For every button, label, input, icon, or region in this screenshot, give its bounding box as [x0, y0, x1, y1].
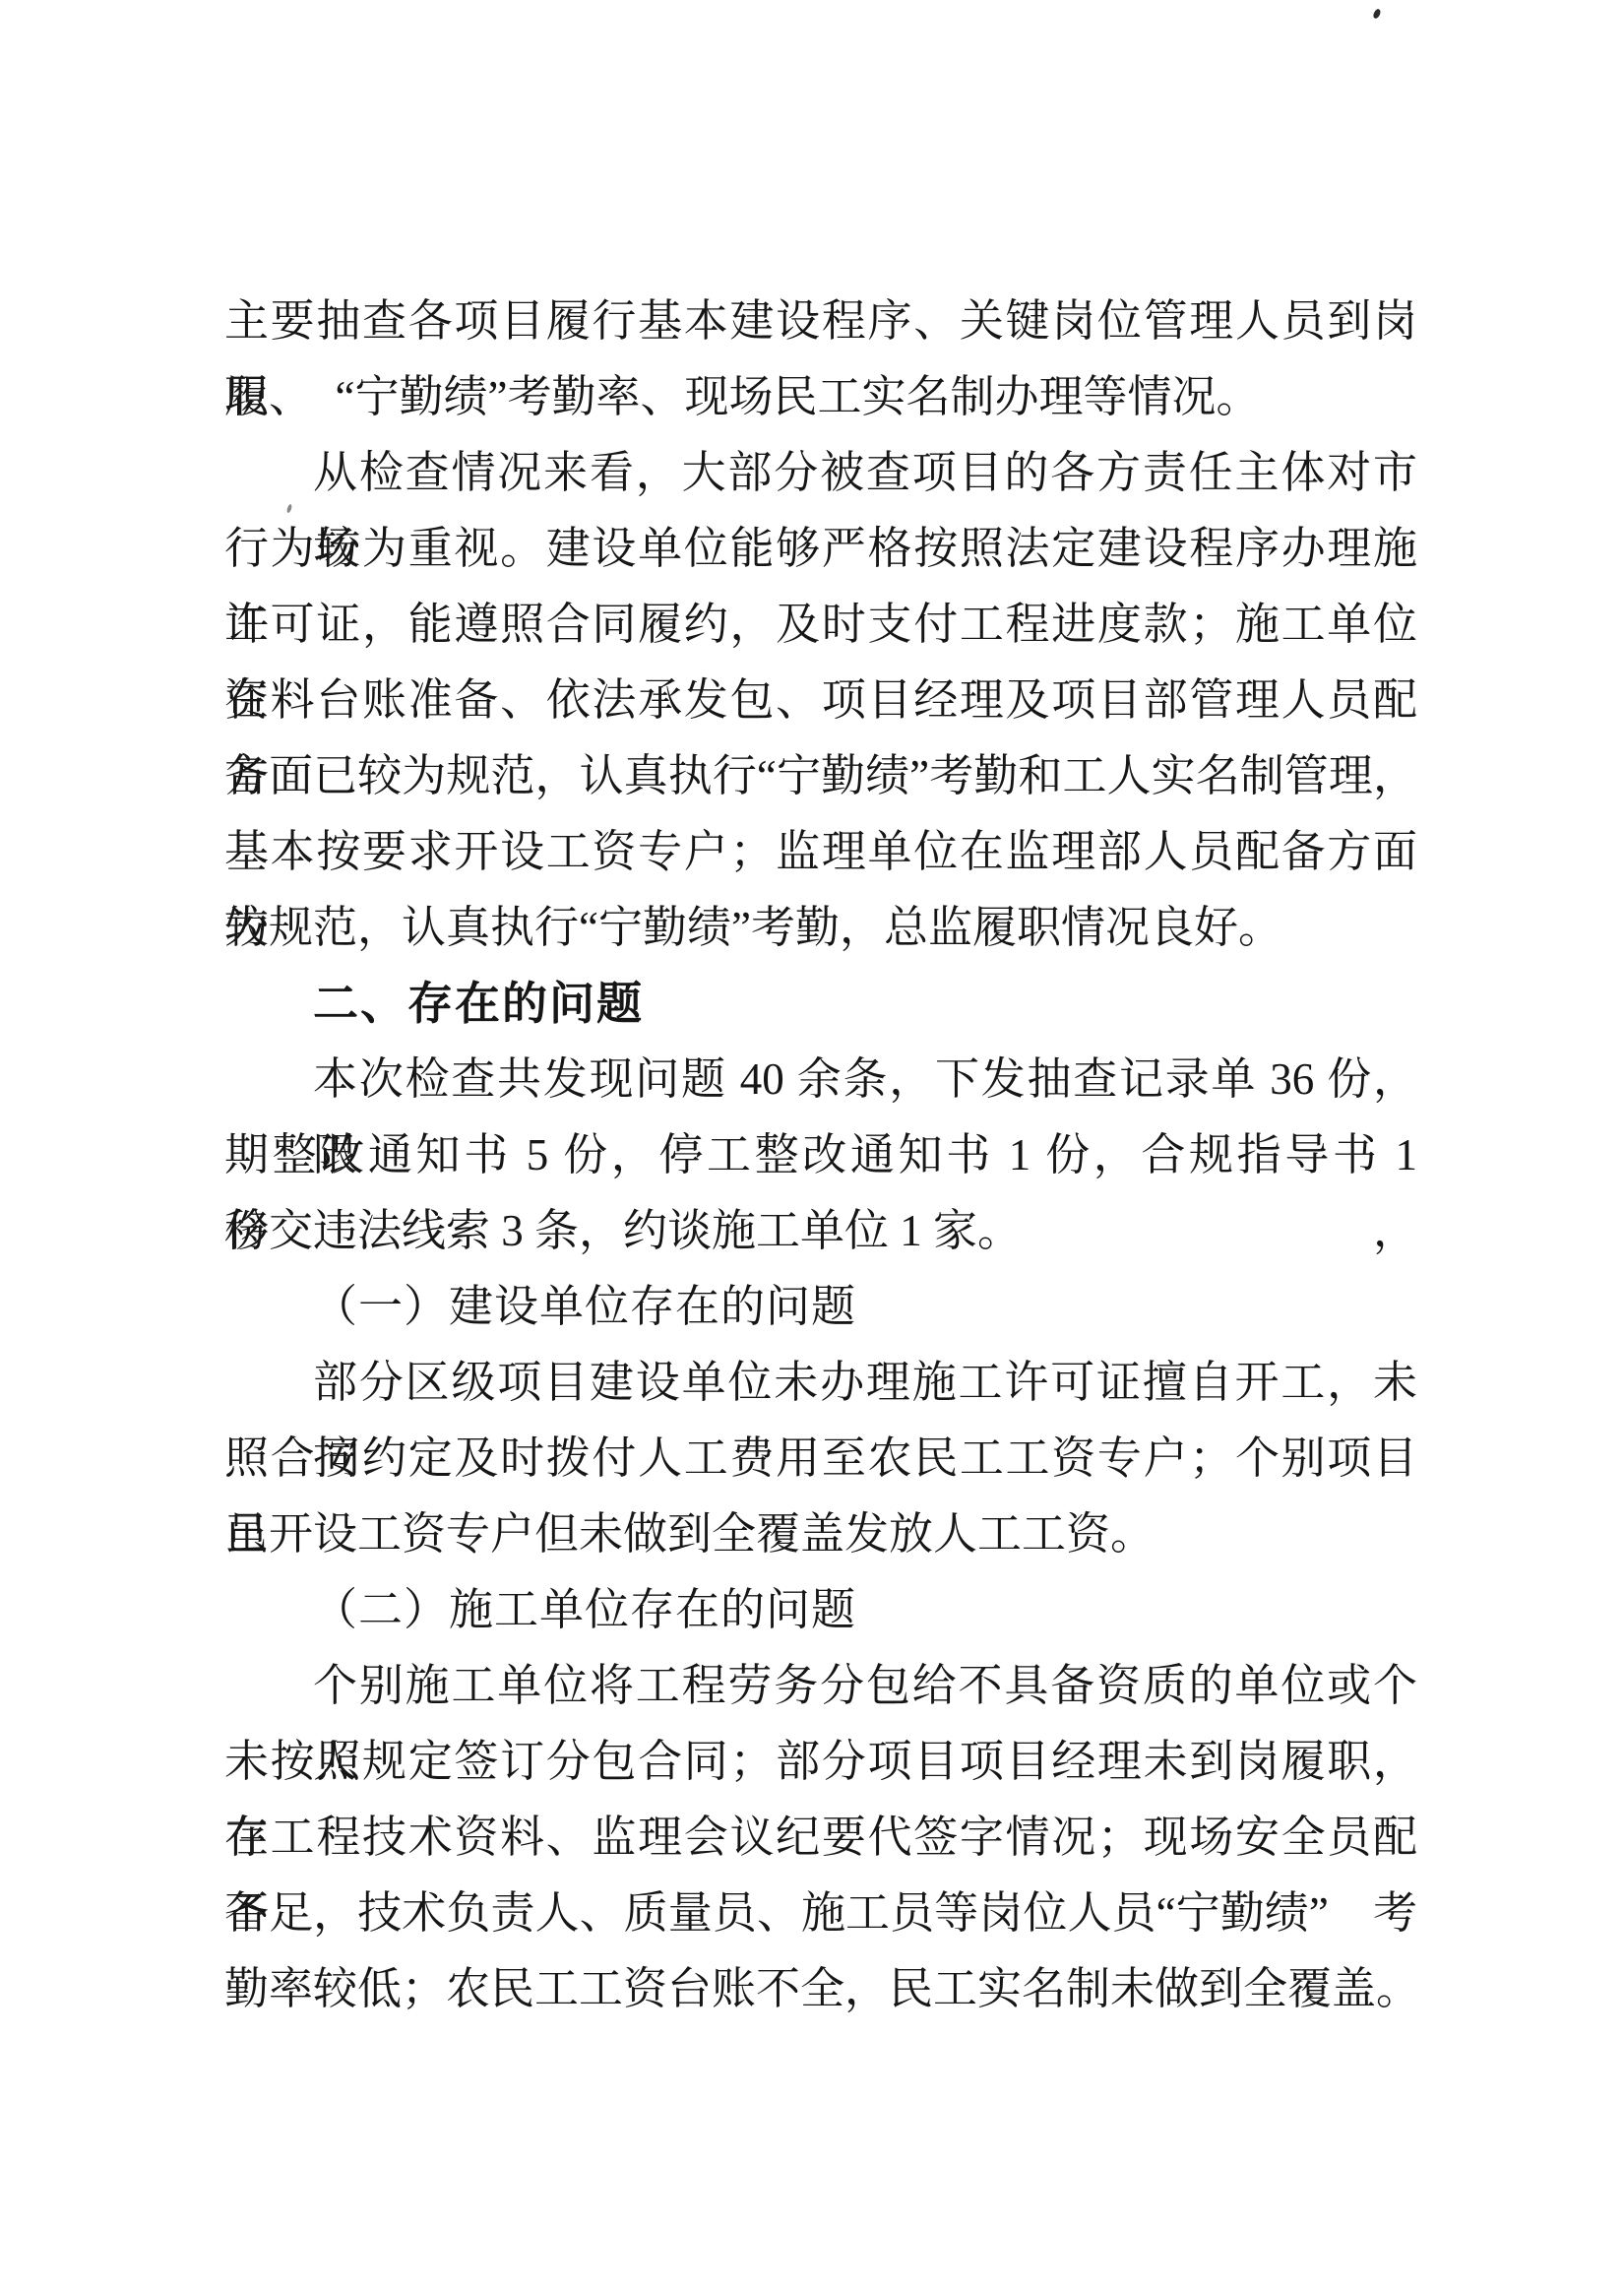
text-line: 方面已较为规范，认真执行“宁勤绩”考勤和工人实名制管理， — [224, 738, 1417, 814]
text-line: 基本按要求开设工资专户；监理单位在监理部人员配备方面较 — [224, 814, 1417, 890]
subsection-heading: （二）施工单位存在的问题 — [224, 1572, 1417, 1648]
text-line: 照合同约定及时拨付人工费用至农民工工资专户；个别项目虽 — [224, 1421, 1417, 1496]
text-line: 为规范，认真执行“宁勤绩”考勤，总监履职情况良好。 — [224, 890, 1417, 966]
document-page: 主要抽查各项目履行基本建设程序、关键岗位管理人员到岗履 职、 “宁勤绩”考勤率、… — [0, 0, 1624, 2292]
document-text-block: 主要抽查各项目履行基本建设程序、关键岗位管理人员到岗履 职、 “宁勤绩”考勤率、… — [224, 284, 1417, 2027]
text-line: 资料台账准备、依法承发包、项目经理及项目部管理人员配备 — [224, 663, 1417, 738]
text-line: 不足，技术负责人、质量员、施工员等岗位人员“宁勤绩” 考 — [224, 1876, 1417, 1951]
text-line: 本次检查共发现问题 40 余条，下发抽查记录单 36 份，限 — [224, 1042, 1417, 1117]
section-heading: 二、存在的问题 — [224, 966, 1417, 1042]
text-line: 已开设工资专户但未做到全覆盖发放人工工资。 — [224, 1496, 1417, 1572]
text-line: 期整改通知书 5 份，停工整改通知书 1 份，合规指导书 1 份， — [224, 1117, 1417, 1193]
text-line: 在工程技术资料、监理会议纪要代签字情况；现场安全员配备 — [224, 1800, 1417, 1876]
text-line: 许可证，能遵照合同履约，及时支付工程进度款；施工单位在 — [224, 587, 1417, 663]
text-line: 勤率较低；农民工工资台账不全，民工实名制未做到全覆盖。 — [224, 1951, 1417, 2027]
text-line: 未按照规定签订分包合同；部分项目项目经理未到岗履职，存 — [224, 1724, 1417, 1800]
text-line: 主要抽查各项目履行基本建设程序、关键岗位管理人员到岗履 — [224, 284, 1417, 359]
text-line: 职、 “宁勤绩”考勤率、现场民工实名制办理等情况。 — [224, 359, 1417, 435]
text-line: 个别施工单位将工程劳务分包给不具备资质的单位或个人， — [224, 1648, 1417, 1724]
text-line: 行为较为重视。建设单位能够严格按照法定建设程序办理施工 — [224, 511, 1417, 587]
subsection-heading: （一）建设单位存在的问题 — [224, 1269, 1417, 1345]
text-line: 部分区级项目建设单位未办理施工许可证擅自开工，未按 — [224, 1345, 1417, 1421]
scan-artifact-speck — [1372, 8, 1382, 20]
text-line: 从检查情况来看，大部分被查项目的各方责任主体对市场 — [224, 435, 1417, 511]
